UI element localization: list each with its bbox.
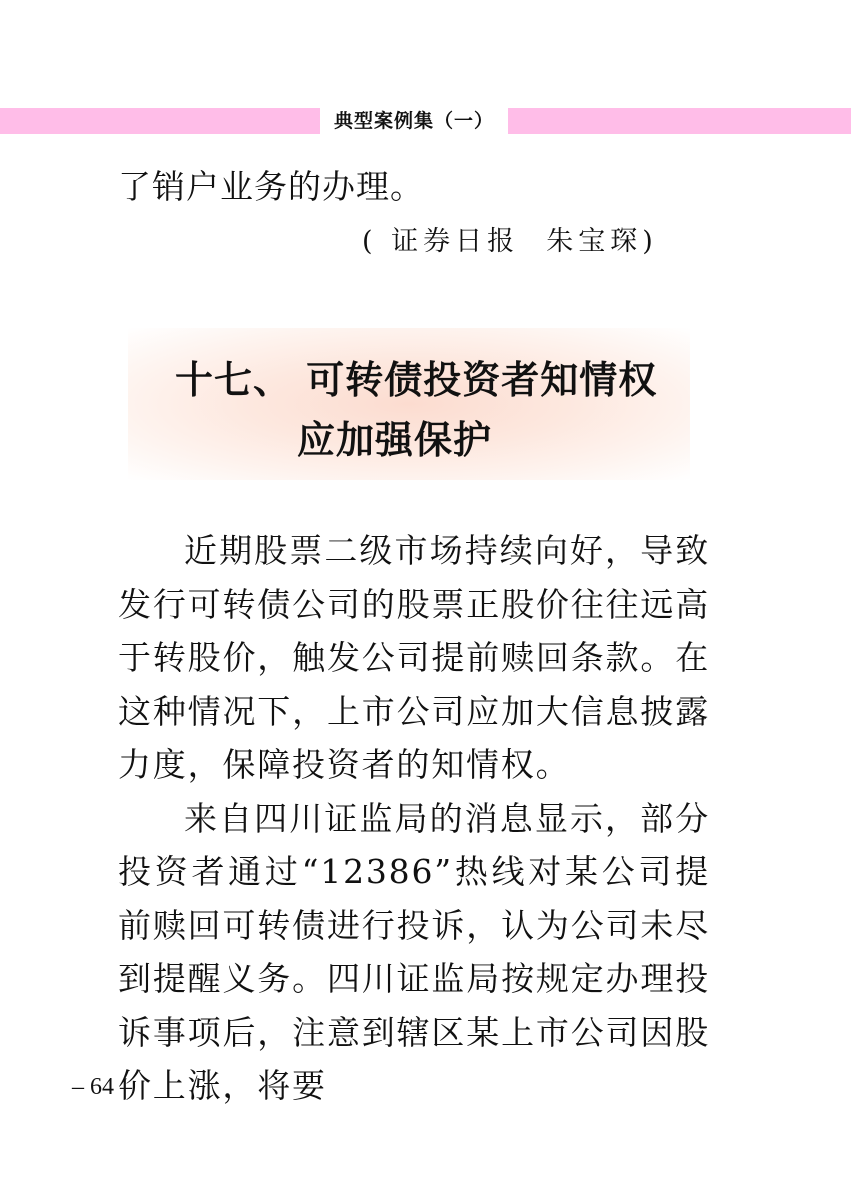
article-body: 近期股票二级市场持续向好，导致发行可转债公司的股票正股价往往远高于转股价，触发公…: [118, 524, 710, 1113]
article-paragraph-2: 来自四川证监局的消息显示，部分投资者通过“12386”热线对某公司提前赎回可转债…: [118, 792, 710, 1113]
page-number: – 64 –: [72, 1072, 132, 1102]
article-title-line-1: 十七、 可转债投资者知情权: [175, 356, 657, 404]
previous-article-closing-text: 了销户业务的办理。: [118, 165, 424, 209]
article-paragraph-1: 近期股票二级市场持续向好，导致发行可转债公司的股票正股价往往远高于转股价，触发公…: [118, 524, 710, 792]
running-header: 典型案例集（一）: [0, 108, 851, 134]
running-header-title: 典型案例集（一）: [320, 108, 508, 134]
header-band-right: [508, 108, 851, 134]
article-title-line-2: 应加强保护: [297, 416, 492, 464]
previous-article-byline: ( 证券日报 朱宝琛): [362, 222, 658, 262]
header-band-left: [0, 108, 320, 134]
